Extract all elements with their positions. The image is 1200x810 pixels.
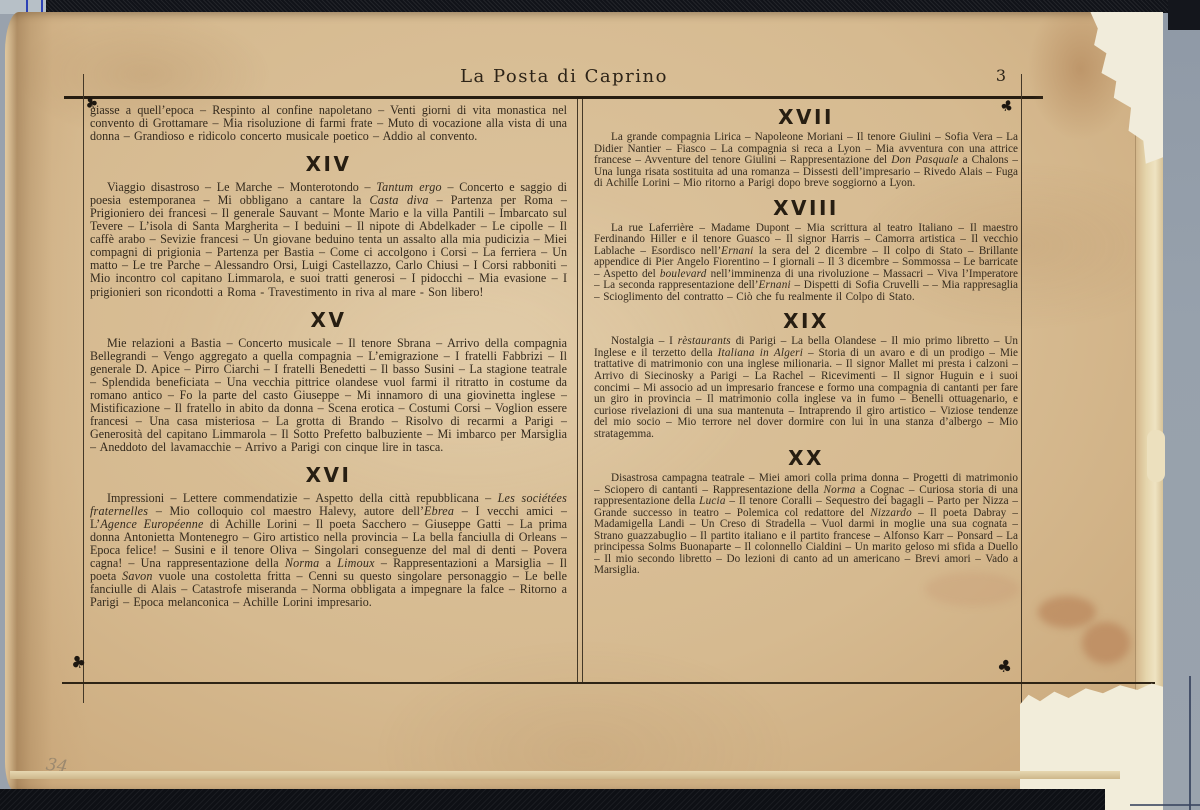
chapter-heading-xvii: XVII <box>594 105 1018 129</box>
photo-scene: La Posta di Caprino 3 ♣ ♣ ♣ ♣ giasse a q… <box>0 0 1200 810</box>
frame-rule-right <box>1021 74 1022 703</box>
chapter-heading-xviii: XVIII <box>594 196 1018 220</box>
stain <box>1082 622 1130 664</box>
book-cover-edge-bottom <box>0 789 1105 810</box>
page-bottom-edge <box>10 771 1120 779</box>
continued-text: giasse a quell’epoca – Respinto al confi… <box>90 104 567 143</box>
printed-content: La Posta di Caprino 3 ♣ ♣ ♣ ♣ giasse a q… <box>0 0 1200 810</box>
stain <box>1038 596 1096 628</box>
bottom-rule <box>62 682 1155 684</box>
stain <box>925 572 1020 606</box>
chapter-body-xix: Nostalgia – I rèstaurants di Parigi – La… <box>594 336 1018 440</box>
chapter-body-xv: Mie relazioni a Bastia – Concerto musica… <box>90 337 567 454</box>
chapter-heading-xiv: XIV <box>90 152 567 176</box>
header-rule <box>64 96 1043 99</box>
page-number: 3 <box>986 66 1016 85</box>
frame-rule-left <box>83 74 84 703</box>
chapter-body-xiv: Viaggio disastroso – Le Marche – Montero… <box>90 181 567 298</box>
chapter-body-xviii: La rue Laferrière – Madame Dupont – Mia … <box>594 223 1018 304</box>
corner-ornament-icon: ♣ <box>69 653 89 674</box>
mat-grid-line <box>1130 804 1200 806</box>
chapter-body-xvii: La grande compagnia Lirica – Napoleone M… <box>594 132 1018 190</box>
chapter-body-xvi: Impressioni – Lettere commendatizie – As… <box>90 492 567 609</box>
masthead-title: La Posta di Caprino <box>414 66 714 87</box>
left-text-column: giasse a quell’epoca – Respinto al confi… <box>90 104 567 680</box>
chapter-body-xx: Disastrosa campagna teatrale – Miei amor… <box>594 473 1018 577</box>
chapter-heading-xix: XIX <box>594 309 1018 333</box>
column-divider-rule <box>582 99 583 683</box>
column-divider-rule <box>577 99 578 683</box>
chapter-heading-xx: XX <box>594 446 1018 470</box>
chapter-heading-xv: XV <box>90 308 567 332</box>
chapter-heading-xvi: XVI <box>90 463 567 487</box>
